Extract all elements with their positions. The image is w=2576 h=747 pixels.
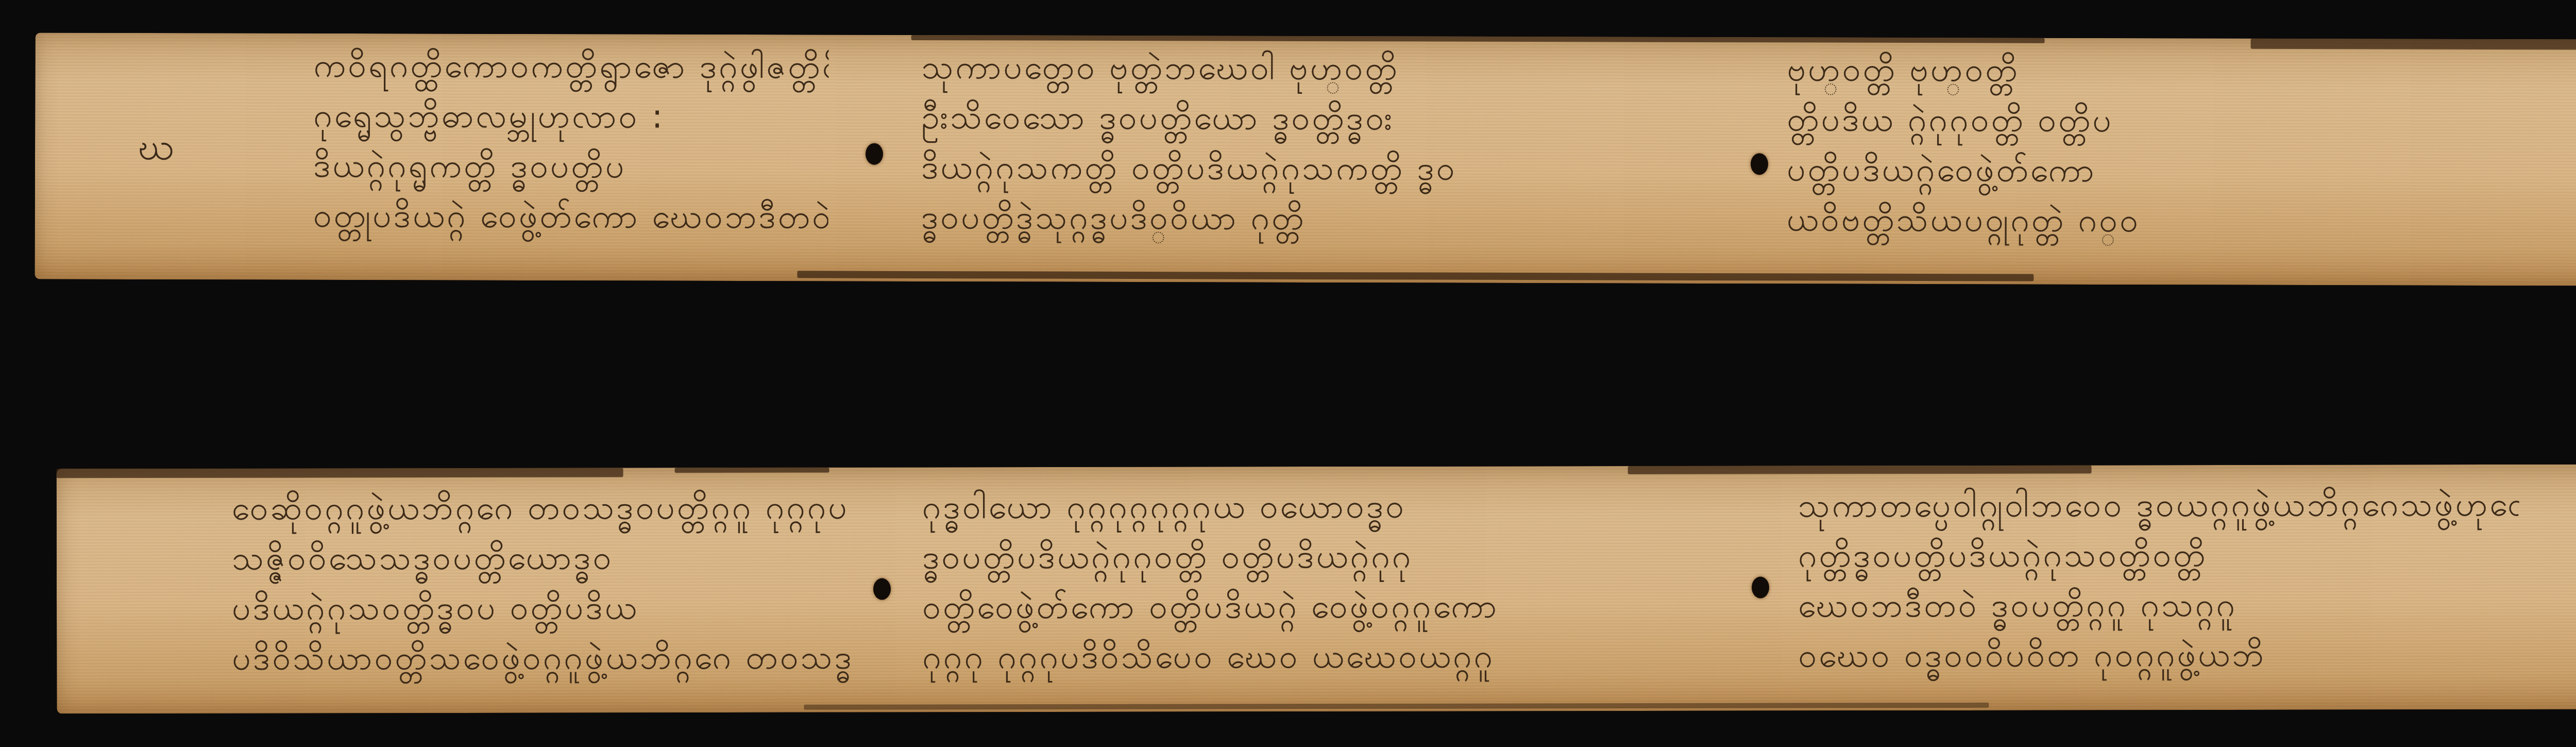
burn-edge [797, 271, 2033, 281]
text-line: ပဒိဝိသိယာဝတ္တိသဝေဖွဲ့ဝဂ္ဂဂူဖွဲ့ယဘိဂ္ဂဂေ … [232, 633, 850, 684]
text-line: ဂုဒ္ဓဝါယော ဂုဂ္ဂဂုဂ္ဂဂုဂ္ဂဂုယ ဝယောဝဒ္ဓဝ [922, 482, 1736, 533]
text-line: ဝဃေဝ ဝဒ္ဓဝဝဝိပဝိတ ဂုဝဂ္ဂဂူဖွဲ့ယဘိ [1798, 630, 2519, 681]
text-line: ဒိယဂ္ဂဲဂုသကတ္တိ ဝတ္တိပဒိယဂ္ဂဲဂုသကတ္တိ ဒ္… [921, 143, 1735, 195]
text-line: တ္တိပဒိယ ဂ္ဂဲဂုဂုဝတ္တိ ဝတ္တိပ [1787, 95, 2498, 147]
string-hole-right [1751, 153, 1768, 175]
text-line: သုကာပတ္တေဝ ဗုတ္တဲဘဃေဝါ ဗုဟ္ဝတ္တိ [921, 43, 1735, 95]
text-line: ဃေဝဘဒီတဝဲ ဒ္ဓဝပတ္တိဂ္ဂဂူ ဂုသဂ္ဂဂူ [1798, 580, 2519, 631]
text-line: ဂုရ္မေသွဘ္ဗိဓာလမ္ဘုဟုလာ၀ : [313, 91, 828, 143]
burn-edge [911, 35, 2045, 43]
burn-edge [804, 703, 1989, 710]
text-column-2: ဂုဒ္ဓဝါယော ဂုဂ္ဂဂုဂ္ဂဂုဂ္ဂဂုယ ဝယောဝဒ္ဓဝ … [922, 482, 1737, 683]
text-line: ဂုတ္တိဒ္ဓဝပတ္တိပဒိယဂ္ဂဲဂုသဝတ္တိဝတ္တိ [1798, 530, 2519, 581]
text-line: ဝတ္တိဝေဖွဲ့တ်ကော ဝတ္တိပဒိယဂ္ဂဲ ဝေဖွဲ့ဝဂ္… [922, 582, 1736, 633]
text-line: ပဒိယဂ္ဂဲဂုသဝတ္တိဒ္ဓဝပ ဝတ္တိပဒိယ [232, 583, 850, 634]
text-line: ဒိယဂ္ဂဲဂုရ္မကတ္တိ ဒ္ဓဝပတ္တိပ [313, 141, 828, 193]
text-line: သုကာတပ္ပေဝါဂ္ဂုဝါဘဝေဝ ဒ္ဓဝယဂ္ဂဂူဖွဲ့ယဘိဂ… [1798, 480, 2519, 531]
burn-edge [57, 468, 623, 478]
string-hole-left [873, 578, 891, 600]
text-line: ဂုဂ္ဂဂု ဂုဂ္ဂဂုပဒိဝိသိပေဝ ဃေဝ ယဃေဝယဂ္ဂဂူ [922, 632, 1736, 683]
burn-edge [1628, 465, 2092, 474]
text-line: ဒ္ဓဝပတ္တိပဒိယဂ္ဂဲဂုဂုဝတ္တိ ဝတ္တိပဒိယဂ္ဂဲ… [922, 532, 1736, 583]
text-line: ဝတ္တုပဒိယဂ္ဂဲ ဝေဖွဲ့တ်ကော ဃေဝဘဒီတဝဲ [313, 191, 828, 243]
leaf-number: ဃ [138, 123, 175, 178]
text-column-3: ဗုဟ္ဝတ္တိ ဗုဟ္ဝတ္တိ တ္တိပဒိယ ဂ္ဂဲဂုဂုဝတ္… [1787, 45, 2498, 247]
burn-edge [675, 468, 829, 473]
text-column-3: သုကာတပ္ပေဝါဂ္ဂုဝါဘဝေဝ ဒ္ဓဝယဂ္ဂဂူဖွဲ့ယဘိဂ… [1798, 480, 2520, 681]
text-line: ကဝိရဂတ္ထိကောဝကတ္တိရွာဇော ဒုဂ္ဂဲဖွါဇတ္တိဝ… [313, 41, 828, 93]
palm-leaf-top: ဃ ကဝိရဂတ္ထိကောဝကတ္တိရွာဇော ဒုဂ္ဂဲဖွါဇတ္တ… [35, 32, 2576, 286]
text-column-1: ကဝိရဂတ္ထိကောဝကတ္တိရွာဇော ဒုဂ္ဂဲဖွါဇတ္တိဝ… [313, 41, 829, 243]
palm-leaf-bottom: ဝေဆိုဝဂ္ဂဂူဖွဲ့ယဘိဂ္ဂဂေ တဝသဒ္ဓဝပတ္တိဂ္ဂဂ… [57, 464, 2576, 714]
string-hole-left [866, 143, 883, 165]
text-line: ဦးသိဝေသော ဒ္ဓဝပတ္တိယော ဒ္ဓဝတ္တိဒ္ဓဝး [921, 93, 1735, 145]
text-line: ပတ္တိပဒိယဂ္ဂဲဝေဖွဲ့တ်ကော [1787, 145, 2498, 197]
text-line: သဇ္ဇိဝဝိသေသဒ္ဓဝပတ္တိယောဒ္ဓဝ [232, 533, 850, 584]
text-line: ယဝိဗတ္တိသိယပဝ္ဂုဂုတ္တဲ ဂဝ္ဝ [1787, 195, 2498, 247]
text-column-1: ဝေဆိုဝဂ္ဂဂူဖွဲ့ယဘိဂ္ဂဂေ တဝသဒ္ဓဝပတ္တိဂ္ဂဂ… [232, 483, 851, 684]
string-hole-right [1752, 577, 1769, 599]
text-line: ဒ္ဓဝပတ္တိဒ္ဓဲသုဂ္ဂဒ္ဓပဒိဝ္ဝိယာ ဂုတ္တိ [921, 193, 1735, 245]
text-column-2: သုကာပတ္တေဝ ဗုတ္တဲဘဃေဝါ ဗုဟ္ဝတ္တိ ဦးသိဝေသ… [921, 43, 1736, 245]
text-line: ဗုဟ္ဝတ္တိ ဗုဟ္ဝတ္တိ [1787, 45, 2498, 97]
text-line: ဝေဆိုဝဂ္ဂဂူဖွဲ့ယဘိဂ္ဂဂေ တဝသဒ္ဓဝပတ္တိဂ္ဂဂ… [232, 483, 850, 534]
